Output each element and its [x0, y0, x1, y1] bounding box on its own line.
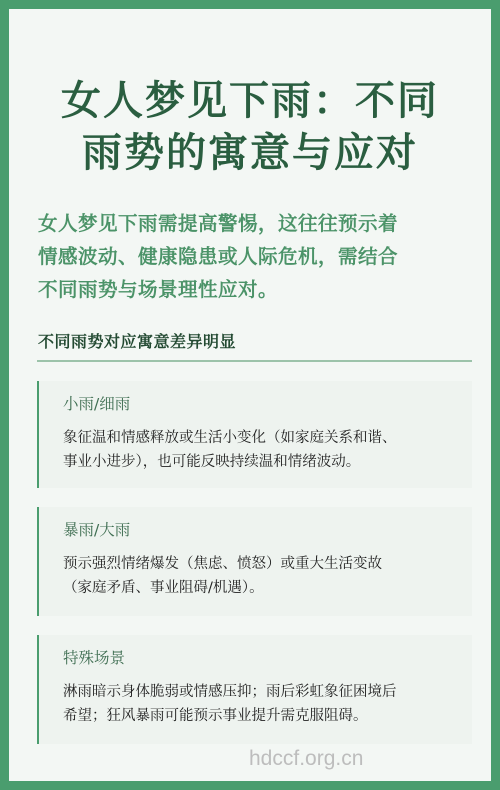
lead-line-2: 情感波动、健康隐患或人际危机，需结合 — [38, 240, 468, 273]
lead-summary: 女人梦见下雨需提高警惕，这往往预示着 情感波动、健康隐患或人际危机，需结合 不同… — [38, 207, 468, 306]
lead-line-3: 不同雨势与场景理性应对。 — [38, 273, 468, 306]
card-body: 象征温和情感释放或生活小变化（如家庭关系和谐、 事业小进步），也可能反映持续温和… — [63, 426, 468, 474]
section-heading: 不同雨势对应寓意差异明显 — [38, 329, 236, 352]
card-title: 小雨/细雨 — [63, 392, 130, 414]
title-line-2: 雨势的寓意与应对 — [9, 127, 491, 179]
card-light-rain: 小雨/细雨 象征温和情感释放或生活小变化（如家庭关系和谐、 事业小进步），也可能… — [37, 381, 472, 488]
card-body-line: （家庭矛盾、事业阻碍/机遇）。 — [63, 576, 468, 600]
watermark: hdccf.org.cn — [249, 747, 363, 771]
section-divider — [37, 360, 472, 362]
card-special-scenes: 特殊场景 淋雨暗示身体脆弱或情感压抑；雨后彩虹象征困境后 希望；狂风暴雨可能预示… — [37, 635, 472, 744]
card-title: 特殊场景 — [63, 646, 125, 668]
page-title: 女人梦见下雨：不同 雨势的寓意与应对 — [9, 75, 491, 179]
card-body: 淋雨暗示身体脆弱或情感压抑；雨后彩虹象征困境后 希望；狂风暴雨可能预示事业提升需… — [63, 680, 468, 728]
card-body-line: 淋雨暗示身体脆弱或情感压抑；雨后彩虹象征困境后 — [63, 680, 468, 704]
lead-line-1: 女人梦见下雨需提高警惕，这往往预示着 — [38, 207, 468, 240]
card-title: 暴雨/大雨 — [63, 518, 130, 540]
card-body-line: 希望；狂风暴雨可能预示事业提升需克服阻碍。 — [63, 704, 468, 728]
card-body-line: 象征温和情感释放或生活小变化（如家庭关系和谐、 — [63, 426, 468, 450]
card-accent-bar — [37, 507, 39, 616]
poster-panel: 女人梦见下雨：不同 雨势的寓意与应对 女人梦见下雨需提高警惕，这往往预示着 情感… — [9, 9, 491, 781]
card-body-line: 预示强烈情绪爆发（焦虑、愤怒）或重大生活变故 — [63, 552, 468, 576]
card-body: 预示强烈情绪爆发（焦虑、愤怒）或重大生活变故 （家庭矛盾、事业阻碍/机遇）。 — [63, 552, 468, 600]
card-body-line: 事业小进步），也可能反映持续温和情绪波动。 — [63, 450, 468, 474]
card-accent-bar — [37, 635, 39, 744]
card-accent-bar — [37, 381, 39, 488]
card-heavy-rain: 暴雨/大雨 预示强烈情绪爆发（焦虑、愤怒）或重大生活变故 （家庭矛盾、事业阻碍/… — [37, 507, 472, 616]
title-line-1: 女人梦见下雨：不同 — [9, 75, 491, 127]
